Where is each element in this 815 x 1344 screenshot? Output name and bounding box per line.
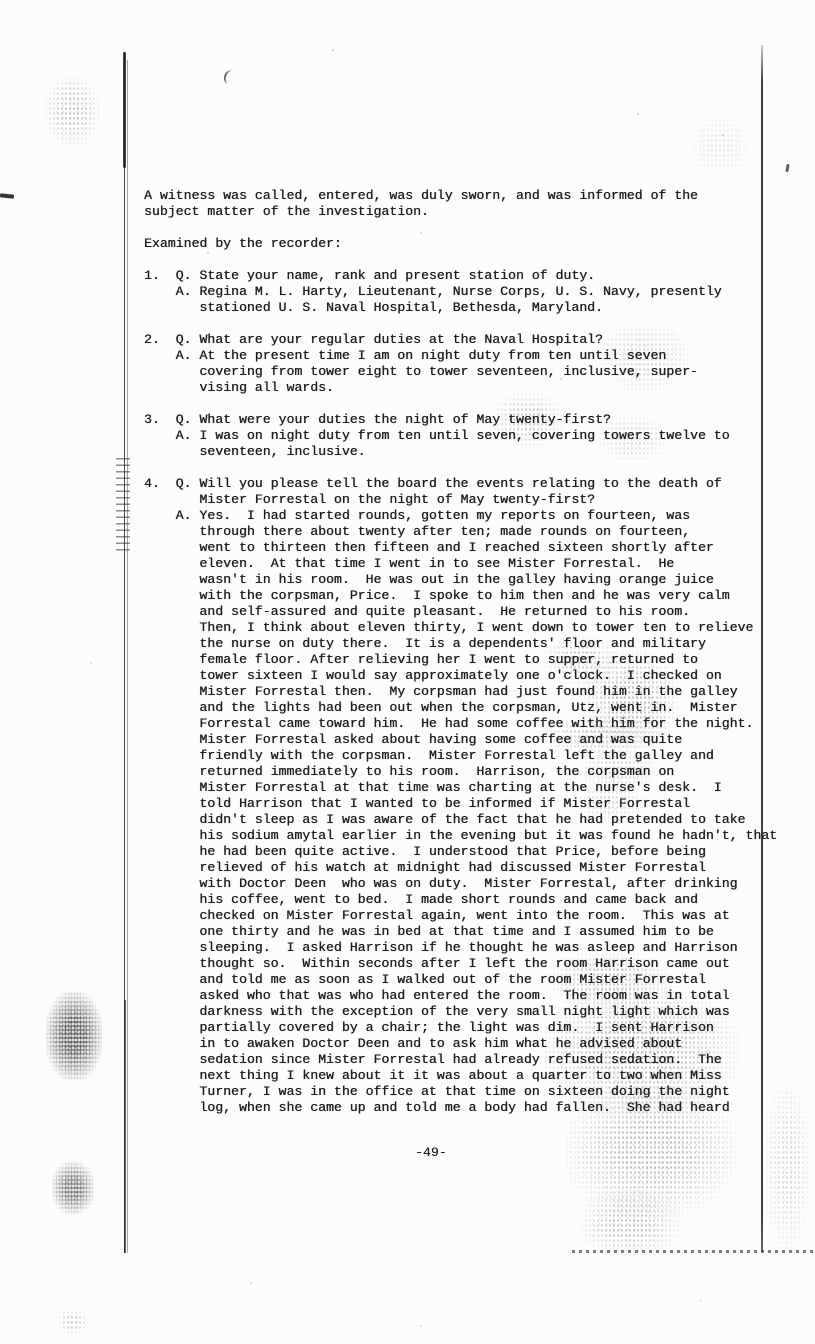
text-line: didn't sleep as I was aware of the fact … [144,812,777,828]
text-line: Mister Forrestal at that time was charti… [144,780,777,796]
text-line [144,220,777,236]
scanned-document-page: A witness was called, entered, was duly … [0,0,815,1344]
text-line: next thing I knew about it it was about … [144,1068,777,1084]
text-line: through there about twenty after ten; ma… [144,524,777,540]
ink-blot [46,992,102,1080]
scan-speck [420,1325,422,1327]
scan-speck [722,134,724,136]
scan-speck [332,49,334,51]
text-line: 1. Q. State your name, rank and present … [144,268,777,284]
text-line [144,316,777,332]
text-line: Then, I think about eleven thirty, I wen… [144,620,777,636]
text-line: and told me as soon as I walked out of t… [144,972,777,988]
scan-speck [637,113,639,115]
text-line: his sodium amytal earlier in the evening… [144,828,777,844]
text-line: relieved of his watch at midnight had di… [144,860,777,876]
text-line: A. I was on night duty from ten until se… [144,428,777,444]
text-line: with Doctor Deen who was on duty. Mister… [144,876,777,892]
text-line: his coffee, went to bed. I made short ro… [144,892,777,908]
text-line: went to thirteen then fifteen and I reac… [144,540,777,556]
text-line: covering from tower eight to tower seven… [144,364,777,380]
scan-smudge [44,76,100,146]
text-line: A. Yes. I had started rounds, gotten my … [144,508,777,524]
text-line: Mister Forrestal then. My corpsman had j… [144,684,777,700]
text-line: in to awaken Doctor Deen and to ask him … [144,1036,777,1052]
text-line: seventeen, inclusive. [144,444,777,460]
scan-speck [90,662,92,664]
text-line: A. At the present time I am on night dut… [144,348,777,364]
text-line: A witness was called, entered, was duly … [144,188,777,204]
text-line: partially covered by a chair; the light … [144,1020,777,1036]
scan-smudge [580,1188,680,1258]
left-margin-rule-dark-bottom [124,1000,127,1253]
text-line: Mister Forrestal on the night of May twe… [144,492,777,508]
scan-speck [250,1282,252,1284]
page-number: -49- [415,1145,447,1160]
text-line: Forrestal came toward him. He had some c… [144,716,777,732]
scan-speck [700,1300,702,1302]
text-line: log, when she came up and told me a body… [144,1100,777,1116]
scan-smudge [58,1310,88,1334]
text-line: Turner, I was in the office at that time… [144,1084,777,1100]
text-line: darkness with the exception of the very … [144,1004,777,1020]
transcript-text: A witness was called, entered, was duly … [144,188,777,1116]
text-line: eleven. At that time I went in to see Mi… [144,556,777,572]
text-line: the nurse on duty there. It is a depende… [144,636,777,652]
text-line: tower sixteen I would say approximately … [144,668,777,684]
text-line: checked on Mister Forrestal again, went … [144,908,777,924]
text-line: female floor. After relieving her I went… [144,652,777,668]
left-margin-rule [124,52,125,1253]
text-line: stationed U. S. Naval Hospital, Bethesda… [144,300,777,316]
text-line: and the lights had been out when the cor… [144,700,777,716]
text-line: Mister Forrestal asked about having some… [144,732,777,748]
text-line: thought so. Within seconds after I left … [144,956,777,972]
text-line: with the corpsman, Price. I spoke to him… [144,588,777,604]
text-line: sedation since Mister Forrestal had alre… [144,1052,777,1068]
text-line: he had been quite active. I understood t… [144,844,777,860]
left-margin-rule-double [127,60,128,1253]
text-line: subject matter of the investigation. [144,204,777,220]
bottom-scratch-line [572,1250,815,1253]
left-margin-rule-dark-top [123,52,126,168]
text-line: Examined by the recorder: [144,236,777,252]
text-line: told Harrison that I wanted to be inform… [144,796,777,812]
left-rule-hatch-marks [116,458,130,551]
text-line: returned immediately to his room. Harris… [144,764,777,780]
text-line: wasn't in his room. He was out in the ga… [144,572,777,588]
text-line: sleeping. I asked Harrison if he thought… [144,940,777,956]
text-line: 3. Q. What were your duties the night of… [144,412,777,428]
text-line: vising all wards. [144,380,777,396]
ink-blot [52,1162,94,1214]
text-line: asked who that was who had entered the r… [144,988,777,1004]
text-line: friendly with the corpsman. Mister Forre… [144,748,777,764]
scan-smudge [690,118,750,173]
text-line: A. Regina M. L. Harty, Lieutenant, Nurse… [144,284,777,300]
text-line: 2. Q. What are your regular duties at th… [144,332,777,348]
stray-tick-mark [785,164,789,172]
text-line [144,460,777,476]
text-line: one thirty and he was in bed at that tim… [144,924,777,940]
text-line [144,252,777,268]
text-line [144,396,777,412]
left-edge-dash-mark [0,193,14,198]
text-line: and self-assured and quite pleasant. He … [144,604,777,620]
pencil-paren-mark [222,69,236,85]
text-line: 4. Q. Will you please tell the board the… [144,476,777,492]
